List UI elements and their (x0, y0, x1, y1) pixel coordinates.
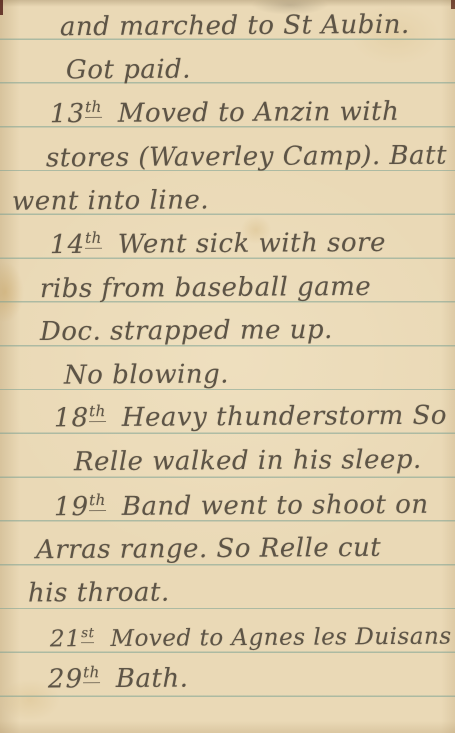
diary-line: No blowing. (64, 356, 229, 393)
entry-text: Heavy thunderstorm So (122, 401, 447, 433)
entry-ordinal: th (85, 98, 102, 118)
entry-text: and marched to St Aubin. (60, 10, 410, 42)
entry-text: Doc. strapped me up. (40, 315, 333, 347)
entry-ordinal: th (85, 229, 102, 249)
entry-day: 19 (54, 492, 89, 522)
entry-ordinal: th (83, 663, 100, 683)
entry-day: 13 (50, 99, 85, 129)
entry-day: 21 (50, 626, 81, 652)
entry-day: 14 (50, 230, 85, 260)
entry-text: went into line. (12, 185, 209, 216)
entry-text: Got paid. (66, 55, 191, 86)
entry-text: stores (Waverley Camp). Batt (46, 141, 447, 174)
diary-line: Got paid. (66, 52, 191, 89)
diary-line: 13thMoved to Anzin with (50, 94, 400, 132)
diary-line: 18thHeavy thunderstorm So (54, 398, 447, 437)
entry-text: ribs from baseball game (40, 272, 371, 304)
diary-line: stores (Waverley Camp). Batt (46, 138, 447, 177)
diary-line: Arras range. So Relle cut (36, 530, 381, 568)
entry-ordinal: th (89, 491, 106, 511)
diary-line: went into line. (12, 182, 209, 219)
diary-line: 21stMoved to Agnes les Duisans (50, 619, 452, 658)
entry-day: 18 (54, 403, 89, 433)
entry-text: Moved to Anzin with (118, 97, 400, 129)
diary-line: his throat. (28, 575, 170, 612)
page-edge-mark-left (0, 0, 3, 15)
page-edge-mark-right (451, 0, 455, 9)
entry-ordinal: th (89, 402, 106, 422)
diary-line: ribs from baseball game (40, 269, 371, 307)
diary-line: Relle walked in his sleep. (74, 442, 422, 480)
diary-line: and marched to St Aubin. (60, 7, 410, 45)
entry-text: No blowing. (64, 359, 229, 390)
entry-text: Bath. (116, 664, 189, 695)
entry-text: Moved to Agnes les Duisans (110, 624, 451, 652)
entry-day: 29 (48, 664, 83, 694)
entry-text: Arras range. So Relle cut (36, 533, 381, 565)
diary-line: Doc. strapped me up. (40, 312, 333, 350)
diary-line: 14thWent sick with sore (50, 225, 386, 263)
diary-line: 29thBath. (48, 661, 189, 698)
entry-text: Relle walked in his sleep. (74, 445, 422, 477)
entry-ordinal: st (81, 626, 94, 643)
entry-text: his throat. (28, 578, 170, 609)
notebook-page: and marched to St Aubin. Got paid. 13thM… (0, 0, 455, 733)
entry-text: Went sick with sore (118, 228, 386, 260)
entry-text: Band went to shoot on (122, 490, 429, 522)
diary-line: 19thBand went to shoot on (54, 487, 429, 526)
